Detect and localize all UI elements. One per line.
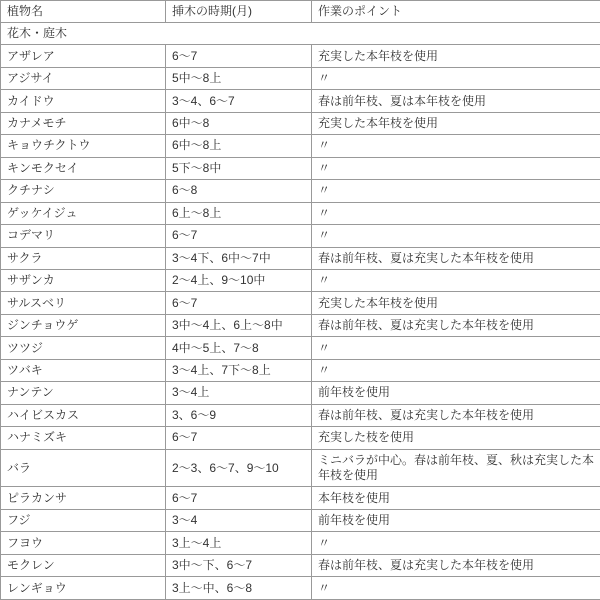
period-cell: 4中～5上、7～8 xyxy=(166,337,312,359)
table-row: コデマリ6～7〃 xyxy=(1,225,600,247)
table-row: カナメモチ6中～8充実した本年枝を使用 xyxy=(1,112,600,134)
point-cell: 〃 xyxy=(312,67,600,89)
period-cell: 3～4上 xyxy=(166,382,312,404)
plant-name-cell: ジンチョウゲ xyxy=(1,314,166,336)
period-cell: 6～7 xyxy=(166,225,312,247)
table-row: ゲッケイジュ6上～8上〃 xyxy=(1,202,600,224)
plant-name-cell: カナメモチ xyxy=(1,112,166,134)
period-cell: 6中～8 xyxy=(166,112,312,134)
plant-name-cell: サクラ xyxy=(1,247,166,269)
period-cell: 3、6～9 xyxy=(166,404,312,426)
column-header-plant-name: 植物名 xyxy=(1,1,166,23)
point-cell: 前年枝を使用 xyxy=(312,382,600,404)
plant-name-cell: コデマリ xyxy=(1,225,166,247)
table-row: カイドウ3～4、6～7春は前年枝、夏は本年枝を使用 xyxy=(1,90,600,112)
plant-name-cell: フヨウ xyxy=(1,532,166,554)
period-cell: 3上～中、6～8 xyxy=(166,577,312,600)
point-cell: 本年枝を使用 xyxy=(312,487,600,509)
point-cell: 充実した枝を使用 xyxy=(312,427,600,449)
plant-name-cell: サルスベリ xyxy=(1,292,166,314)
table-body: 花木・庭木アザレア6～7充実した本年枝を使用アジサイ5中～8上〃カイドウ3～4、… xyxy=(1,23,600,600)
plant-name-cell: ツバキ xyxy=(1,359,166,381)
table-row: ナンテン3～4上前年枝を使用 xyxy=(1,382,600,404)
section-header-cell: 花木・庭木 xyxy=(1,23,600,45)
period-cell: 3中～4上、6上～8中 xyxy=(166,314,312,336)
table-row: サクラ3～4下、6中～7中春は前年枝、夏は充実した本年枝を使用 xyxy=(1,247,600,269)
plant-name-cell: ハイビスカス xyxy=(1,404,166,426)
period-cell: 3中～下、6～7 xyxy=(166,554,312,576)
table-row: クチナシ6～8〃 xyxy=(1,180,600,202)
table-row: キンモクセイ5下～8中〃 xyxy=(1,157,600,179)
table-row: ツバキ3～4上、7下～8上〃 xyxy=(1,359,600,381)
point-cell: 春は前年枝、夏は充実した本年枝を使用 xyxy=(312,247,600,269)
period-cell: 6中～8上 xyxy=(166,135,312,157)
point-cell: 〃 xyxy=(312,359,600,381)
point-cell: 春は前年枝、夏は充実した本年枝を使用 xyxy=(312,314,600,336)
point-cell: 〃 xyxy=(312,577,600,600)
table-row: ハイビスカス3、6～9春は前年枝、夏は充実した本年枝を使用 xyxy=(1,404,600,426)
point-cell: 春は前年枝、夏は充実した本年枝を使用 xyxy=(312,554,600,576)
period-cell: 6～7 xyxy=(166,45,312,67)
period-cell: 5下～8中 xyxy=(166,157,312,179)
header-row: 植物名 挿木の時期(月) 作業のポイント xyxy=(1,1,600,23)
table-row: サザンカ2～4上、9～10中〃 xyxy=(1,269,600,291)
plant-name-cell: アジサイ xyxy=(1,67,166,89)
plant-name-cell: キョウチクトウ xyxy=(1,135,166,157)
plant-name-cell: ピラカンサ xyxy=(1,487,166,509)
table-row: アザレア6～7充実した本年枝を使用 xyxy=(1,45,600,67)
period-cell: 2～3、6～7、9～10 xyxy=(166,449,312,487)
period-cell: 3～4 xyxy=(166,509,312,531)
period-cell: 2～4上、9～10中 xyxy=(166,269,312,291)
plant-name-cell: バラ xyxy=(1,449,166,487)
table-row: モクレン3中～下、6～7春は前年枝、夏は充実した本年枝を使用 xyxy=(1,554,600,576)
plant-name-cell: ツツジ xyxy=(1,337,166,359)
column-header-cutting-period: 挿木の時期(月) xyxy=(166,1,312,23)
table-row: フジ3～4前年枝を使用 xyxy=(1,509,600,531)
point-cell: 〃 xyxy=(312,532,600,554)
table-row: フヨウ3上～4上〃 xyxy=(1,532,600,554)
period-cell: 6上～8上 xyxy=(166,202,312,224)
plant-name-cell: ナンテン xyxy=(1,382,166,404)
table-row: ピラカンサ6～7本年枝を使用 xyxy=(1,487,600,509)
plant-name-cell: サザンカ xyxy=(1,269,166,291)
table-row: ツツジ4中～5上、7～8〃 xyxy=(1,337,600,359)
plant-name-cell: アザレア xyxy=(1,45,166,67)
point-cell: 充実した本年枝を使用 xyxy=(312,45,600,67)
plant-name-cell: モクレン xyxy=(1,554,166,576)
plant-name-cell: カイドウ xyxy=(1,90,166,112)
table-row: サルスベリ6～7充実した本年枝を使用 xyxy=(1,292,600,314)
point-cell: 〃 xyxy=(312,225,600,247)
point-cell: 春は前年枝、夏は本年枝を使用 xyxy=(312,90,600,112)
plant-name-cell: ハナミズキ xyxy=(1,427,166,449)
period-cell: 6～7 xyxy=(166,427,312,449)
plant-name-cell: フジ xyxy=(1,509,166,531)
point-cell: 〃 xyxy=(312,269,600,291)
point-cell: 前年枝を使用 xyxy=(312,509,600,531)
point-cell: 〃 xyxy=(312,157,600,179)
plant-name-cell: キンモクセイ xyxy=(1,157,166,179)
point-cell: ミニバラが中心。春は前年枝、夏、秋は充実した本年枝を使用 xyxy=(312,449,600,487)
point-cell: 〃 xyxy=(312,135,600,157)
table-row: アジサイ5中～8上〃 xyxy=(1,67,600,89)
plant-name-cell: ゲッケイジュ xyxy=(1,202,166,224)
table-row: ジンチョウゲ3中～4上、6上～8中春は前年枝、夏は充実した本年枝を使用 xyxy=(1,314,600,336)
period-cell: 3上～4上 xyxy=(166,532,312,554)
column-header-work-points: 作業のポイント xyxy=(312,1,600,23)
section-row: 花木・庭木 xyxy=(1,23,600,45)
table-row: バラ2～3、6～7、9～10ミニバラが中心。春は前年枝、夏、秋は充実した本年枝を… xyxy=(1,449,600,487)
period-cell: 3～4下、6中～7中 xyxy=(166,247,312,269)
table-row: キョウチクトウ6中～8上〃 xyxy=(1,135,600,157)
period-cell: 6～7 xyxy=(166,292,312,314)
plant-name-cell: レンギョウ xyxy=(1,577,166,600)
period-cell: 6～7 xyxy=(166,487,312,509)
point-cell: 〃 xyxy=(312,180,600,202)
table-header: 植物名 挿木の時期(月) 作業のポイント xyxy=(1,1,600,23)
point-cell: 充実した本年枝を使用 xyxy=(312,292,600,314)
period-cell: 3～4、6～7 xyxy=(166,90,312,112)
point-cell: 充実した本年枝を使用 xyxy=(312,112,600,134)
plant-cutting-schedule-table: 植物名 挿木の時期(月) 作業のポイント 花木・庭木アザレア6～7充実した本年枝… xyxy=(0,0,600,600)
table-row: レンギョウ3上～中、6～8〃 xyxy=(1,577,600,600)
period-cell: 3～4上、7下～8上 xyxy=(166,359,312,381)
period-cell: 5中～8上 xyxy=(166,67,312,89)
point-cell: 〃 xyxy=(312,202,600,224)
point-cell: 〃 xyxy=(312,337,600,359)
table-row: ハナミズキ6～7充実した枝を使用 xyxy=(1,427,600,449)
period-cell: 6～8 xyxy=(166,180,312,202)
plant-name-cell: クチナシ xyxy=(1,180,166,202)
point-cell: 春は前年枝、夏は充実した本年枝を使用 xyxy=(312,404,600,426)
